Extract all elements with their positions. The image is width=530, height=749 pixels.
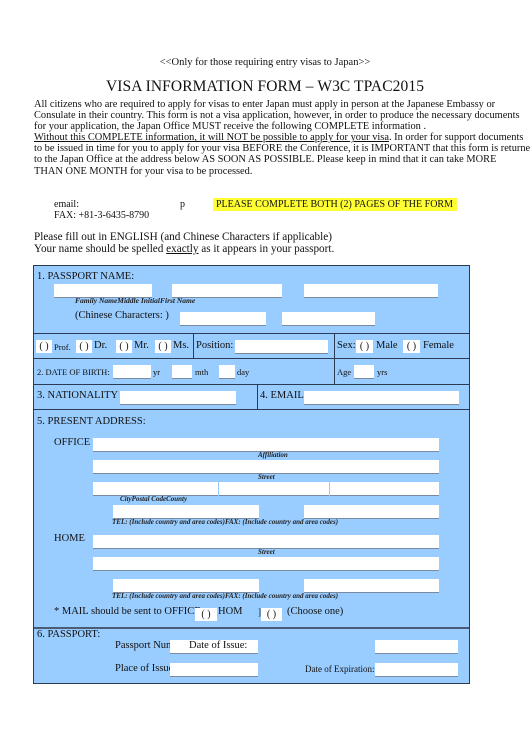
col-divider	[257, 384, 258, 409]
nationality-field[interactable]	[120, 391, 236, 404]
section-5-label: 5. PRESENT ADDRESS:	[37, 416, 146, 427]
row-divider	[34, 358, 469, 359]
yrs-label: yrs	[377, 367, 387, 377]
intro-line: to be issued in time for you to apply fo…	[34, 143, 530, 154]
home-address-field[interactable]	[93, 557, 439, 570]
date-of-issue-field[interactable]	[375, 640, 458, 653]
visa-form: 1. PASSPORT NAME: Family NameMiddle Init…	[33, 265, 470, 684]
mail-destination-label: * MAIL should be sent to OFFICE	[54, 606, 201, 617]
section-4-label: 4. EMAIL:	[260, 390, 307, 401]
position-label: Position:	[196, 340, 233, 351]
mail-home-label: HOM	[218, 606, 243, 617]
birth-year-field[interactable]	[113, 365, 151, 378]
home-street-field[interactable]	[93, 535, 439, 548]
chinese-name-field-1[interactable]	[180, 312, 266, 325]
intro-paragraph: All citizens who are required to apply f…	[34, 99, 530, 177]
instruction-text: Your name should be spelled	[34, 243, 166, 255]
complete-both-pages-notice: PLEASE COMPLETE BOTH (2) PAGES OF THE FO…	[213, 198, 457, 211]
row-divider	[34, 384, 469, 385]
row-divider	[34, 409, 469, 410]
instruction-spelling: Your name should be spelled exactly as i…	[34, 243, 334, 255]
office-fax-field[interactable]	[304, 505, 439, 518]
birth-month-field[interactable]	[172, 365, 192, 378]
office-street-field[interactable]	[93, 460, 439, 473]
row-divider	[34, 333, 469, 334]
office-tel-fax-label: TEL: (Include country and area codes)FAX…	[112, 518, 338, 526]
place-of-issue-label: Place of Issue:	[115, 663, 176, 674]
col-divider	[334, 333, 335, 384]
sex-label: Sex:	[337, 340, 356, 351]
intro-line: for your application, the Japan Office M…	[34, 121, 530, 132]
affiliation-label: Affiliation	[258, 451, 288, 459]
male-checkbox[interactable]: ( )	[356, 340, 373, 353]
mth-label: mth	[195, 367, 208, 377]
page-title: VISA INFORMATION FORM – W3C TPAC2015	[0, 78, 530, 96]
birth-day-field[interactable]	[219, 365, 235, 378]
fax-number: FAX: +81-3-6435-8790	[54, 210, 149, 221]
intro-underlined: Without this COMPLETE information, it wi…	[34, 132, 389, 143]
dr-checkbox[interactable]: ( )	[76, 340, 92, 353]
dr-label: Dr.	[94, 340, 107, 351]
home-tel-field[interactable]	[113, 579, 259, 592]
section-3-label: 3. NATIONALITY	[37, 390, 118, 401]
intro-line: THAN ONE MONTH for your visa to be proce…	[34, 166, 530, 177]
intro-line: Without this COMPLETE information, it wi…	[34, 132, 530, 143]
mr-checkbox[interactable]: ( )	[116, 340, 132, 353]
ms-checkbox[interactable]: ( )	[155, 340, 171, 353]
name-sublabel: Family NameMiddle InitialFirst Name	[75, 296, 195, 305]
female-label: Female	[423, 340, 454, 351]
section-1-label: 1. PASSPORT NAME:	[37, 271, 134, 282]
chinese-characters-label: (Chinese Characters: )	[75, 310, 169, 321]
instruction-text: as it appears in your passport.	[198, 243, 334, 255]
city-postal-county-label: CityPostal CodeCounty	[120, 495, 187, 503]
age-label: Age	[337, 367, 351, 377]
mr-label: Mr.	[134, 340, 149, 351]
date-of-expiration-label: Date of Expiration:	[305, 664, 374, 674]
office-city-field[interactable]	[93, 482, 218, 495]
street-label: Street	[258, 473, 275, 481]
first-name-field[interactable]	[304, 284, 438, 297]
yr-label: yr	[153, 367, 160, 377]
office-affiliation-field[interactable]	[93, 438, 439, 451]
office-tel-field[interactable]	[113, 505, 259, 518]
male-label: Male	[376, 340, 398, 351]
mail-home-checkbox[interactable]: ( )	[261, 608, 282, 621]
email-field[interactable]	[304, 391, 459, 404]
office-postal-code-field[interactable]	[219, 482, 329, 495]
col-divider	[193, 333, 194, 358]
chinese-name-field-2[interactable]	[282, 312, 375, 325]
home-tel-fax-label: TEL: (Include country and area codes)FAX…	[112, 592, 338, 600]
age-field[interactable]	[354, 365, 374, 378]
section-6-label: 6. PASSPORT:	[37, 629, 100, 640]
office-county-field[interactable]	[330, 482, 439, 495]
p-label: p	[180, 199, 185, 210]
intro-after: . In order for support documents	[389, 132, 523, 143]
email-label: email:	[54, 199, 79, 210]
date-of-expiration-field[interactable]	[375, 663, 458, 676]
position-field[interactable]	[235, 340, 328, 353]
intro-line: All citizens who are required to apply f…	[34, 99, 530, 110]
female-checkbox[interactable]: ( )	[403, 340, 420, 353]
home-fax-field[interactable]	[304, 579, 439, 592]
prof-checkbox[interactable]: ( )	[36, 340, 52, 353]
date-of-issue-label: Date of Issue:	[189, 640, 247, 651]
mail-office-checkbox[interactable]: ( )	[195, 608, 217, 621]
place-of-issue-field[interactable]	[170, 663, 258, 676]
home-street-label: Street	[258, 548, 275, 556]
section-2-label: 2. DATE OF BIRTH:	[37, 367, 110, 377]
choose-one-label: (Choose one)	[287, 606, 343, 617]
intro-line: Consulate in their country. This form is…	[34, 110, 530, 121]
home-label: HOME	[54, 533, 85, 544]
intro-line: to the Japan Office at the address below…	[34, 154, 530, 165]
office-label: OFFICE	[54, 437, 90, 448]
day-label: day	[237, 367, 249, 377]
instruction-exactly: exactly	[166, 243, 198, 255]
ms-label: Ms.	[173, 340, 189, 351]
prof-label: Prof.	[54, 342, 71, 352]
instruction-english: Please fill out in ENGLISH (and Chinese …	[34, 231, 332, 243]
subtitle: <<Only for those requiring entry visas t…	[0, 57, 530, 68]
